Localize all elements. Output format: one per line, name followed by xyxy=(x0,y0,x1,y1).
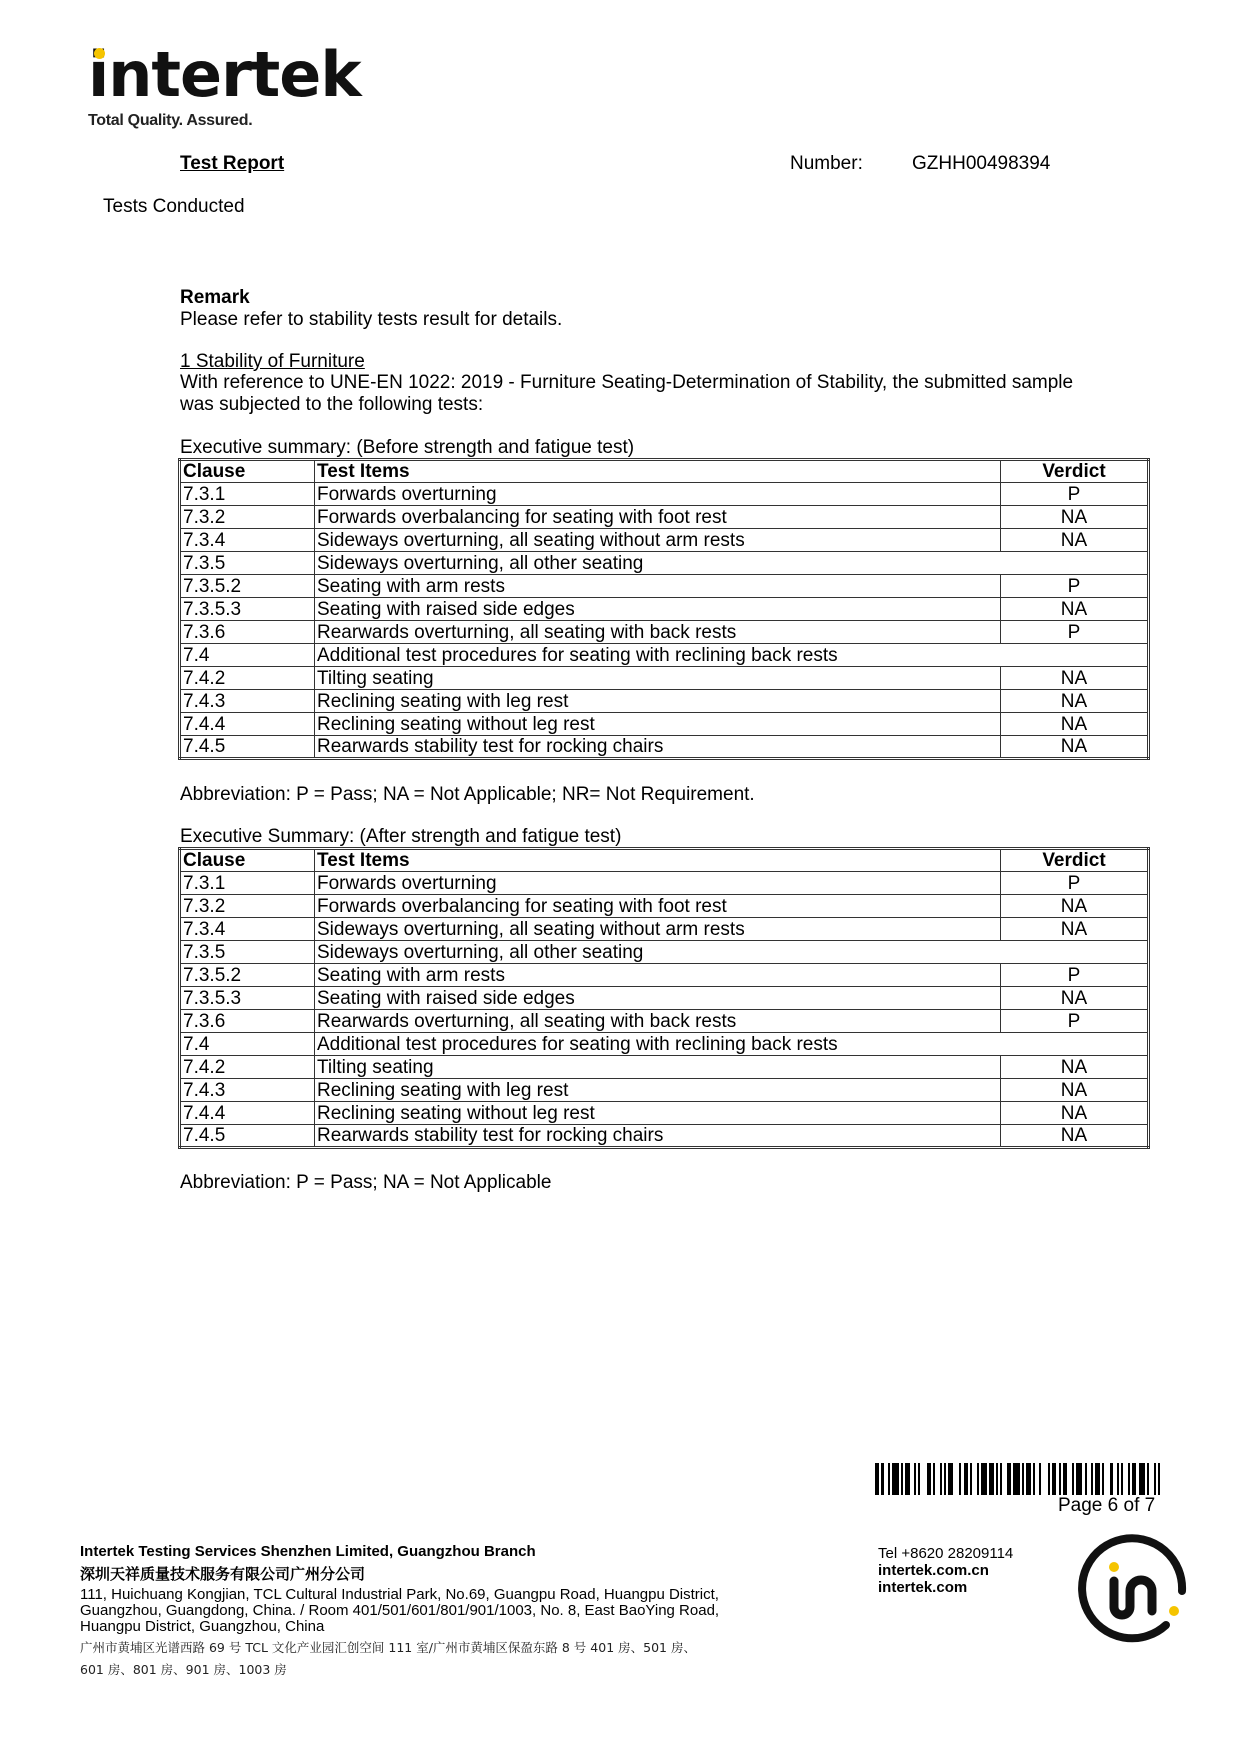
test-item-cell: Seating with arm rests xyxy=(315,964,1001,987)
section-title: Tests Conducted xyxy=(103,196,245,218)
logo-tagline: Total Quality. Assured. xyxy=(88,112,361,130)
column-header: Clause xyxy=(180,460,315,483)
footer-address-line: 111, Huichuang Kongjian, TCL Cultural In… xyxy=(80,1587,760,1603)
logo-wordmark: intertek xyxy=(88,44,361,106)
after-abbreviation: Abbreviation: P = Pass; NA = Not Applica… xyxy=(180,1172,551,1194)
intertek-in-logo-icon xyxy=(1078,1533,1188,1643)
verdict-cell: NA xyxy=(1001,1079,1149,1102)
verdict-cell: NA xyxy=(1001,690,1149,713)
table-row: 7.3.5.3Seating with raised side edgesNA xyxy=(180,598,1149,621)
clause-cell: 7.3.2 xyxy=(180,895,315,918)
remark-text: Please refer to stability tests result f… xyxy=(180,309,562,331)
table-row: 7.3.1Forwards overturningP xyxy=(180,483,1149,506)
table-row: 7.3.1Forwards overturningP xyxy=(180,872,1149,895)
table-row: 7.4.3Reclining seating with leg restNA xyxy=(180,1079,1149,1102)
clause-cell: 7.4.4 xyxy=(180,713,315,736)
test-item-cell: Reclining seating with leg rest xyxy=(315,1079,1001,1102)
table-row: 7.4.4Reclining seating without leg restN… xyxy=(180,713,1149,736)
test-item-cell: Forwards overbalancing for seating with … xyxy=(315,895,1001,918)
test-item-cell: Rearwards overturning, all seating with … xyxy=(315,1010,1001,1033)
remark-title: Remark xyxy=(180,287,250,309)
before-summary-table: ClauseTest ItemsVerdict7.3.1Forwards ove… xyxy=(178,458,1150,760)
clause-cell: 7.4.2 xyxy=(180,667,315,690)
test-item-cell: Rearwards stability test for rocking cha… xyxy=(315,1125,1001,1148)
test-item-cell: Seating with raised side edges xyxy=(315,598,1001,621)
verdict-cell: NA xyxy=(1001,987,1149,1010)
report-number-label: Number: xyxy=(790,153,863,175)
column-header: Test Items xyxy=(315,849,1001,872)
clause-cell: 7.4.4 xyxy=(180,1102,315,1125)
clause-cell: 7.3.2 xyxy=(180,506,315,529)
table-row: 7.3.5Sideways overturning, all other sea… xyxy=(180,941,1149,964)
verdict-cell: NA xyxy=(1001,667,1149,690)
test-item-cell: Sideways overturning, all other seating xyxy=(315,941,1149,964)
clause-cell: 7.4.5 xyxy=(180,736,315,759)
table-row: 7.4Additional test procedures for seatin… xyxy=(180,644,1149,667)
test-item-cell: Seating with arm rests xyxy=(315,575,1001,598)
clause-cell: 7.3.1 xyxy=(180,872,315,895)
table-header-row: ClauseTest ItemsVerdict xyxy=(180,849,1149,872)
clause-cell: 7.3.4 xyxy=(180,918,315,941)
table-row: 7.4.2Tilting seatingNA xyxy=(180,667,1149,690)
clause-cell: 7.4.3 xyxy=(180,690,315,713)
test-item-cell: Sideways overturning, all other seating xyxy=(315,552,1149,575)
page-number: Page 6 of 7 xyxy=(1058,1495,1155,1517)
footer-address: 111, Huichuang Kongjian, TCL Cultural In… xyxy=(80,1587,760,1635)
table-row: 7.3.5.2Seating with arm restsP xyxy=(180,575,1149,598)
footer-web-cn-link[interactable]: intertek.com.cn xyxy=(878,1562,989,1579)
verdict-cell: NA xyxy=(1001,598,1149,621)
clause-cell: 7.4.5 xyxy=(180,1125,315,1148)
table-row: 7.4Additional test procedures for seatin… xyxy=(180,1033,1149,1056)
stability-intro-2: was subjected to the following tests: xyxy=(180,394,483,416)
clause-cell: 7.3.6 xyxy=(180,621,315,644)
footer-company-cn: 深圳天祥质量技术服务有限公司广州分公司 xyxy=(80,1563,365,1584)
clause-cell: 7.3.6 xyxy=(180,1010,315,1033)
clause-cell: 7.4.2 xyxy=(180,1056,315,1079)
footer-address-cn-line: 601 房、801 房、901 房、1003 房 xyxy=(80,1659,760,1681)
footer-web-link[interactable]: intertek.com xyxy=(878,1579,967,1596)
verdict-cell: P xyxy=(1001,621,1149,644)
table-row: 7.3.2Forwards overbalancing for seating … xyxy=(180,506,1149,529)
verdict-cell: P xyxy=(1001,1010,1149,1033)
report-number-value: GZHH00498394 xyxy=(912,153,1050,175)
clause-cell: 7.3.5.3 xyxy=(180,987,315,1010)
clause-cell: 7.3.5 xyxy=(180,552,315,575)
clause-cell: 7.3.5 xyxy=(180,941,315,964)
clause-cell: 7.3.5.2 xyxy=(180,575,315,598)
test-item-cell: Reclining seating without leg rest xyxy=(315,1102,1001,1125)
test-item-cell: Reclining seating with leg rest xyxy=(315,690,1001,713)
verdict-cell: NA xyxy=(1001,895,1149,918)
after-caption: Executive Summary: (After strength and f… xyxy=(180,826,621,848)
footer-company: Intertek Testing Services Shenzhen Limit… xyxy=(80,1543,536,1560)
footer-address-cn: 广州市黄埔区光谱西路 69 号 TCL 文化产业园汇创空间 111 室/广州市黄… xyxy=(80,1637,760,1681)
test-item-cell: Rearwards stability test for rocking cha… xyxy=(315,736,1001,759)
test-item-cell: Rearwards overturning, all seating with … xyxy=(315,621,1001,644)
test-item-cell: Forwards overbalancing for seating with … xyxy=(315,506,1001,529)
verdict-cell: NA xyxy=(1001,506,1149,529)
clause-cell: 7.3.5.3 xyxy=(180,598,315,621)
verdict-cell: P xyxy=(1001,872,1149,895)
verdict-cell: NA xyxy=(1001,736,1149,759)
barcode-icon xyxy=(875,1463,1165,1495)
verdict-cell: NA xyxy=(1001,713,1149,736)
verdict-cell: NA xyxy=(1001,918,1149,941)
table-row: 7.3.5.3Seating with raised side edgesNA xyxy=(180,987,1149,1010)
clause-cell: 7.4 xyxy=(180,1033,315,1056)
footer-address-cn-line: 广州市黄埔区光谱西路 69 号 TCL 文化产业园汇创空间 111 室/广州市黄… xyxy=(80,1637,760,1659)
column-header: Clause xyxy=(180,849,315,872)
test-item-cell: Additional test procedures for seating w… xyxy=(315,1033,1149,1056)
test-item-cell: Forwards overturning xyxy=(315,483,1001,506)
table-row: 7.4.2Tilting seatingNA xyxy=(180,1056,1149,1079)
stability-heading: 1 Stability of Furniture xyxy=(180,351,365,373)
test-item-cell: Tilting seating xyxy=(315,1056,1001,1079)
verdict-cell: NA xyxy=(1001,1125,1149,1148)
test-item-cell: Forwards overturning xyxy=(315,872,1001,895)
clause-cell: 7.4 xyxy=(180,644,315,667)
column-header: Verdict xyxy=(1001,460,1149,483)
test-item-cell: Tilting seating xyxy=(315,667,1001,690)
table-row: 7.3.6Rearwards overturning, all seating … xyxy=(180,621,1149,644)
test-item-cell: Sideways overturning, all seating withou… xyxy=(315,529,1001,552)
test-item-cell: Seating with raised side edges xyxy=(315,987,1001,1010)
intertek-logo: intertek Total Quality. Assured. xyxy=(88,44,361,130)
verdict-cell: NA xyxy=(1001,1056,1149,1079)
verdict-cell: NA xyxy=(1001,529,1149,552)
test-item-cell: Sideways overturning, all seating withou… xyxy=(315,918,1001,941)
footer-address-line: Guangzhou, Guangdong, China. / Room 401/… xyxy=(80,1603,760,1619)
stability-intro-1: With reference to UNE-EN 1022: 2019 - Fu… xyxy=(180,372,1073,394)
table-row: 7.3.4Sideways overturning, all seating w… xyxy=(180,529,1149,552)
table-header-row: ClauseTest ItemsVerdict xyxy=(180,460,1149,483)
before-abbreviation: Abbreviation: P = Pass; NA = Not Applica… xyxy=(180,784,755,806)
verdict-cell: NA xyxy=(1001,1102,1149,1125)
clause-cell: 7.3.5.2 xyxy=(180,964,315,987)
after-summary-table: ClauseTest ItemsVerdict7.3.1Forwards ove… xyxy=(178,847,1150,1149)
logo-dot-icon xyxy=(94,48,105,59)
clause-cell: 7.3.4 xyxy=(180,529,315,552)
table-row: 7.3.6Rearwards overturning, all seating … xyxy=(180,1010,1149,1033)
footer-address-line: Huangpu District, Guangzhou, China xyxy=(80,1619,760,1635)
table-row: 7.3.5.2Seating with arm restsP xyxy=(180,964,1149,987)
table-row: 7.4.5Rearwards stability test for rockin… xyxy=(180,736,1149,759)
before-caption: Executive summary: (Before strength and … xyxy=(180,437,634,459)
report-title: Test Report xyxy=(180,153,284,175)
logo-text: intertek xyxy=(88,38,361,111)
column-header: Test Items xyxy=(315,460,1001,483)
verdict-cell: P xyxy=(1001,575,1149,598)
clause-cell: 7.4.3 xyxy=(180,1079,315,1102)
test-item-cell: Reclining seating without leg rest xyxy=(315,713,1001,736)
table-row: 7.4.4Reclining seating without leg restN… xyxy=(180,1102,1149,1125)
clause-cell: 7.3.1 xyxy=(180,483,315,506)
column-header: Verdict xyxy=(1001,849,1149,872)
verdict-cell: P xyxy=(1001,964,1149,987)
table-row: 7.3.4Sideways overturning, all seating w… xyxy=(180,918,1149,941)
footer-tel: Tel +8620 28209114 xyxy=(878,1545,1013,1562)
test-item-cell: Additional test procedures for seating w… xyxy=(315,644,1149,667)
table-row: 7.4.5Rearwards stability test for rockin… xyxy=(180,1125,1149,1148)
table-row: 7.3.5Sideways overturning, all other sea… xyxy=(180,552,1149,575)
table-row: 7.4.3Reclining seating with leg restNA xyxy=(180,690,1149,713)
verdict-cell: P xyxy=(1001,483,1149,506)
table-row: 7.3.2Forwards overbalancing for seating … xyxy=(180,895,1149,918)
